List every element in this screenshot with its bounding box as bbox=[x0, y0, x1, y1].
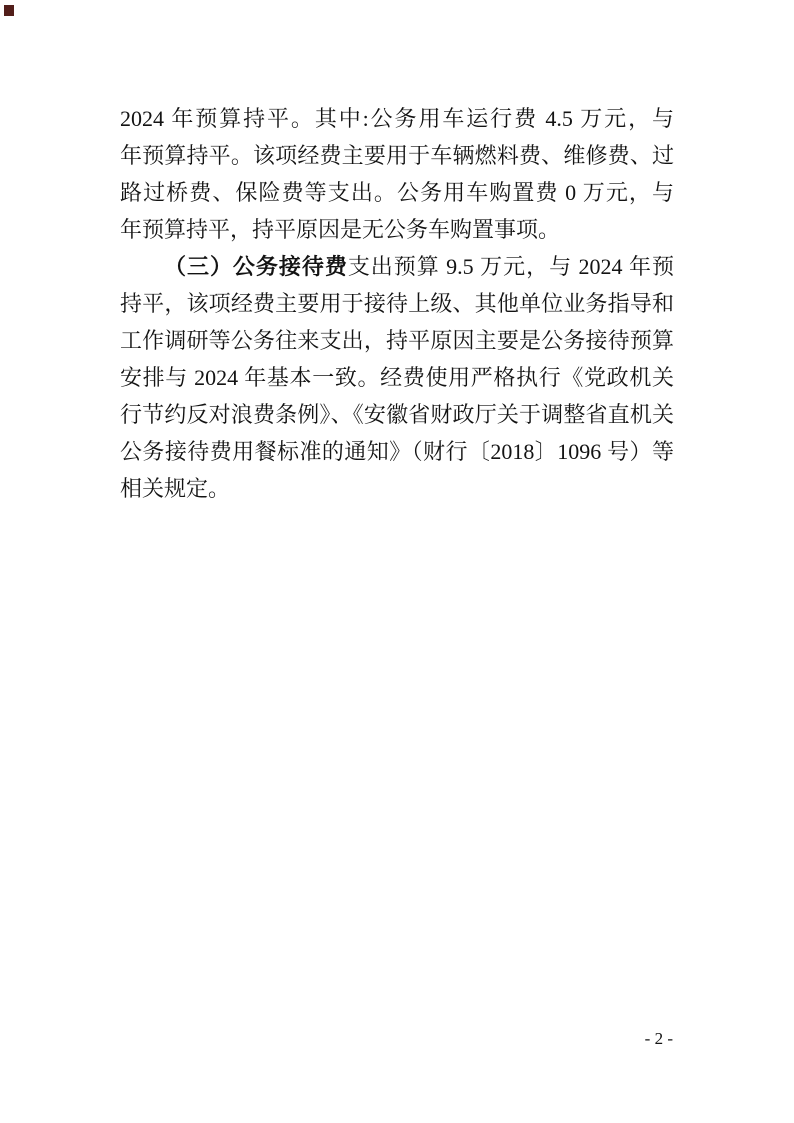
paragraph-vehicle-fee: 2024 年预算持平。其中:公务用车运行费 4.5 万元，与 2024 年预算持… bbox=[120, 100, 674, 248]
text-line: 年预算持平。该项经费主要用于车辆燃料费、维修费、过 bbox=[120, 137, 674, 174]
text-line: 工作调研等公务往来支出，持平原因主要是公务接待预算 bbox=[120, 322, 674, 359]
text-line: 行节约反对浪费条例》、《安徽省财政厅关于调整省直机关 bbox=[120, 396, 674, 433]
text-line: 路过桥费、保险费等支出。公务用车购置费 0 万元，与 2024 bbox=[120, 174, 674, 211]
text-line: 年预算持平，持平原因是无公务车购置事项。 bbox=[120, 211, 674, 248]
text-line: 持平，该项经费主要用于接待上级、其他单位业务指导和 bbox=[120, 285, 674, 322]
page-number: - 2 - bbox=[520, 1028, 673, 1050]
paragraph-reception-fee: （三）公务接待费支出预算 9.5 万元，与 2024 年预算 持平，该项经费主要… bbox=[120, 248, 674, 507]
text-line: 安排与 2024 年基本一致。经费使用严格执行《党政机关厉 bbox=[120, 359, 674, 396]
document-body: 2024 年预算持平。其中:公务用车运行费 4.5 万元，与 2024 年预算持… bbox=[120, 100, 674, 507]
text-line: 相关规定。 bbox=[120, 470, 674, 507]
text-line: 公务接待费用餐标准的通知》（财行〔2018〕1096 号）等 bbox=[120, 433, 674, 470]
text-line: 2024 年预算持平。其中:公务用车运行费 4.5 万元，与 2024 bbox=[120, 100, 674, 137]
document-page: 2024 年预算持平。其中:公务用车运行费 4.5 万元，与 2024 年预算持… bbox=[0, 0, 794, 1123]
corner-mark bbox=[4, 5, 14, 16]
text-line: （三）公务接待费支出预算 9.5 万元，与 2024 年预算 bbox=[120, 248, 674, 285]
reception-fee-heading: （三）公务接待费 bbox=[164, 254, 348, 279]
